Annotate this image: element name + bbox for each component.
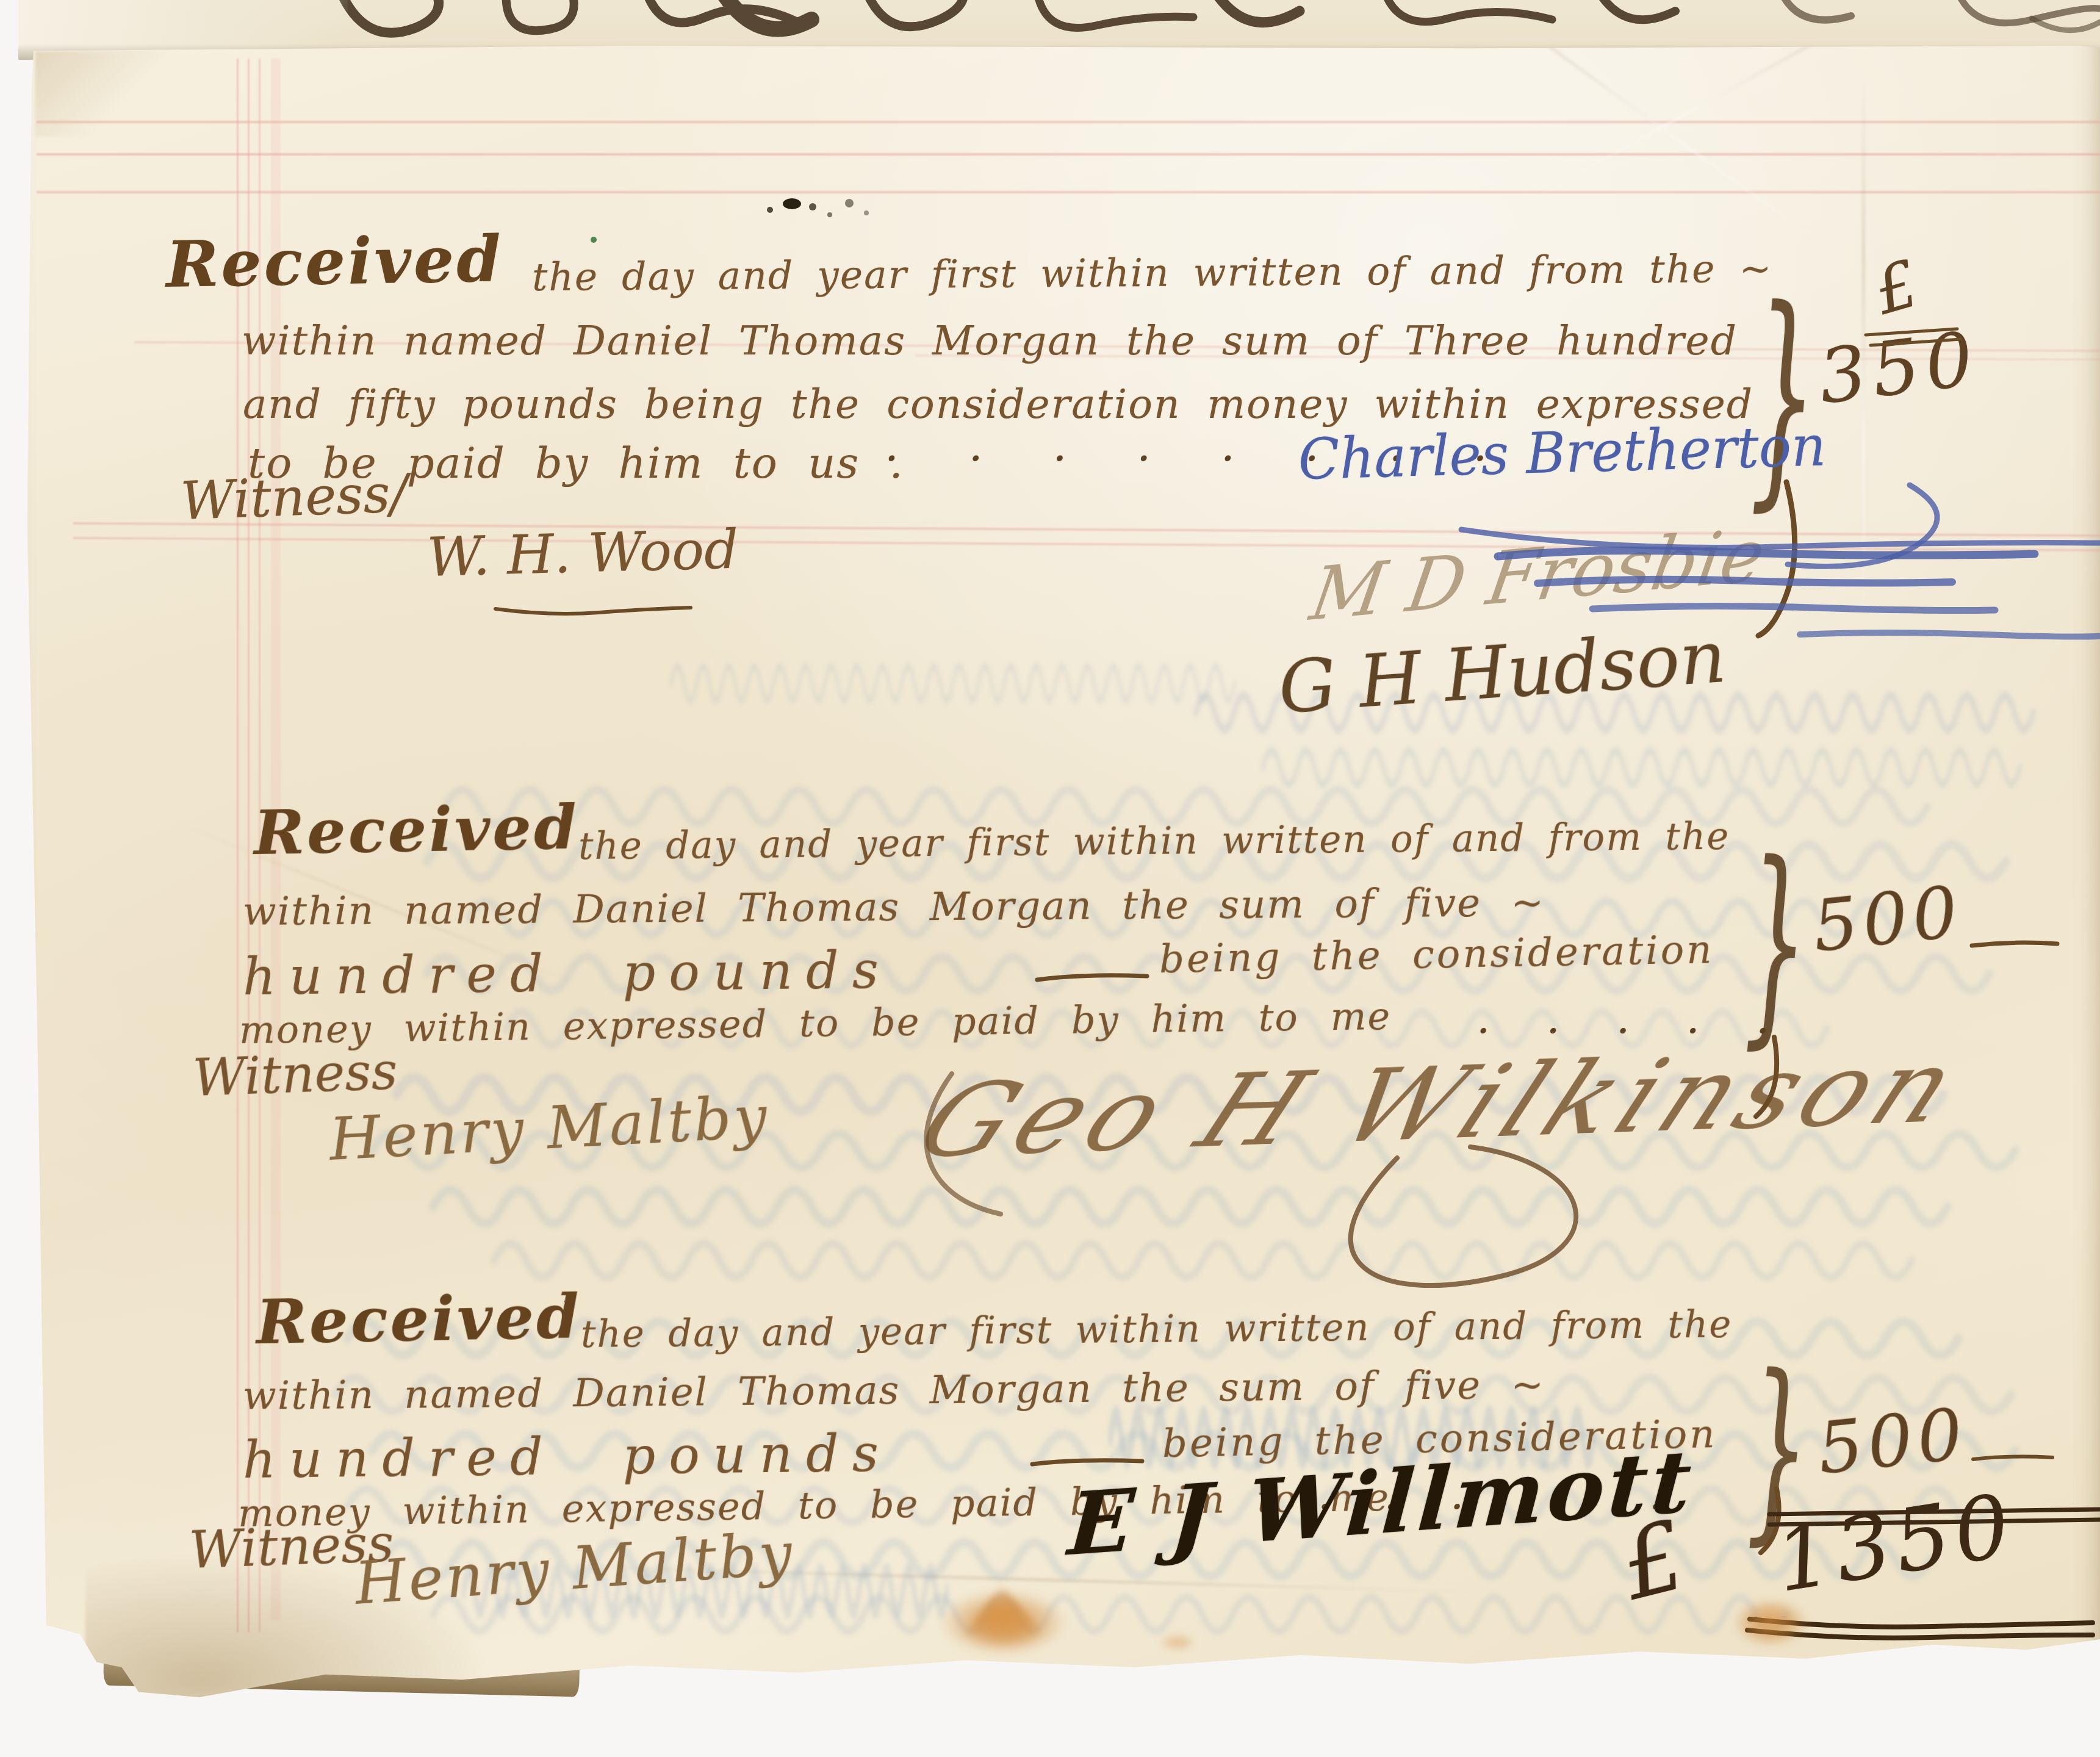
receipt-1-line-1: the day and year first within written of… (532, 246, 1773, 300)
receipt-2-lead-word: Received (253, 791, 580, 869)
pink-rule-line (37, 153, 2100, 156)
receipt-2-brace: } (1744, 819, 1808, 1068)
receipt-2-amount: 500 (1809, 871, 1966, 968)
pink-rule-line (37, 121, 2100, 123)
receipt-1-witness-label: Witness/ (179, 463, 409, 532)
receipt-1-witness-signature: W. H. Wood (426, 518, 739, 589)
receipt-3-lead-word: Received (256, 1281, 582, 1358)
receipt-2-line-3-left: hundred pounds (242, 940, 892, 1007)
receipt-3-amount: 500 (1814, 1393, 1971, 1490)
receipt-1-brace: } (1750, 261, 1817, 532)
document-scan: Received the day and year first within w… (0, 0, 2100, 1757)
dog-ear-corner (35, 51, 176, 137)
receipt-1-lead-word: Received (165, 221, 504, 302)
receipt-1-line-2: within named Daniel Thomas Morgan the su… (242, 317, 1738, 364)
receipt-3-line-3-left: hundred pounds (242, 1423, 892, 1490)
receipt-2-line-3-right: being the consideration (1159, 927, 1714, 982)
pink-rule-line (73, 537, 2100, 552)
receipt-1-blue-signature: Charles Bretherton (1298, 413, 1827, 492)
pink-rule-line (37, 191, 2100, 193)
receipt-2-witness-label: Witness (192, 1041, 398, 1108)
receipt-2-line-2: within named Daniel Thomas Morgan the su… (243, 880, 1545, 935)
